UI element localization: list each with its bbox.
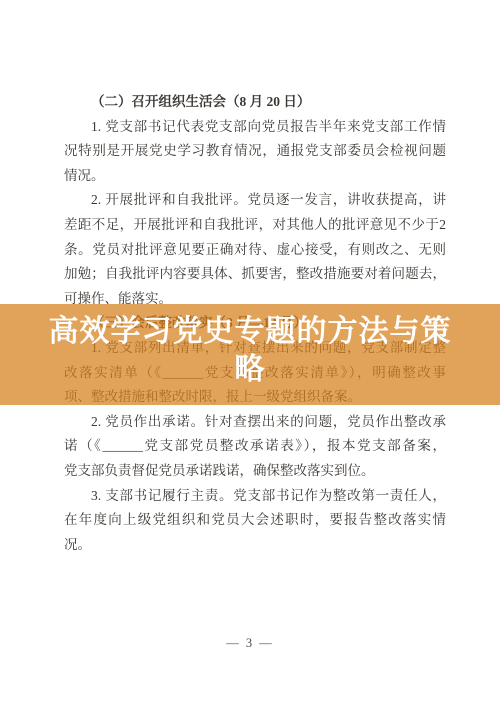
document-page: （二）召开组织生活会（8 月 20 日）1. 党支部书记代表党支部向党员报告半年… (0, 0, 500, 707)
doc-heading-line: （二）召开组织生活会（8 月 20 日） (64, 90, 446, 115)
banner-title: 高效学习党史专题的方法与策 略 (0, 313, 500, 388)
page-number: — 3 — (0, 636, 500, 651)
doc-text-line: 条。党员对批评意见要正确对待、虚心接受，有则改之、无则 (64, 238, 446, 263)
doc-text-line: 2. 开展批评和自我批评。党员逐一发言，讲收获提高，讲 (64, 188, 446, 213)
doc-text-line: 在年度向上级党组织和党员大会述职时，要报告整改落实情 (64, 508, 446, 533)
doc-text-line: 况。 (64, 533, 446, 558)
banner-title-line-1: 高效学习党史专题的方法与策 (0, 313, 500, 351)
doc-text-line: 况特别是开展党史学习教育情况，通报党支部委员会检视问题 (64, 139, 446, 164)
doc-text-line: 差距不足，开展批评和自我批评，对其他人的批评意见不少于2 (64, 213, 446, 238)
doc-text-line: 3. 支部书记履行主责。党支部书记作为整改第一责任人， (64, 484, 446, 509)
doc-text-line: 1. 党支部书记代表党支部向党员报告半年来党支部工作情 (64, 115, 446, 140)
doc-text-line: 加勉；自我批评内容要具体、抓要害，整改措施要对着问题去， (64, 262, 446, 287)
doc-text-line: 党支部负责督促党员承诺践诺，确保整改落实到位。 (64, 459, 446, 484)
doc-text-line: 诺（《______党支部党员整改承诺表》），报本党支部备案， (64, 434, 446, 459)
doc-text-line: 2. 党员作出承诺。针对查摆出来的问题，党员作出整改承 (64, 410, 446, 435)
banner-title-line-2: 略 (0, 351, 500, 389)
doc-text-line: 情况。 (64, 164, 446, 189)
highlight-banner: 高效学习党史专题的方法与策 略 (0, 304, 500, 405)
